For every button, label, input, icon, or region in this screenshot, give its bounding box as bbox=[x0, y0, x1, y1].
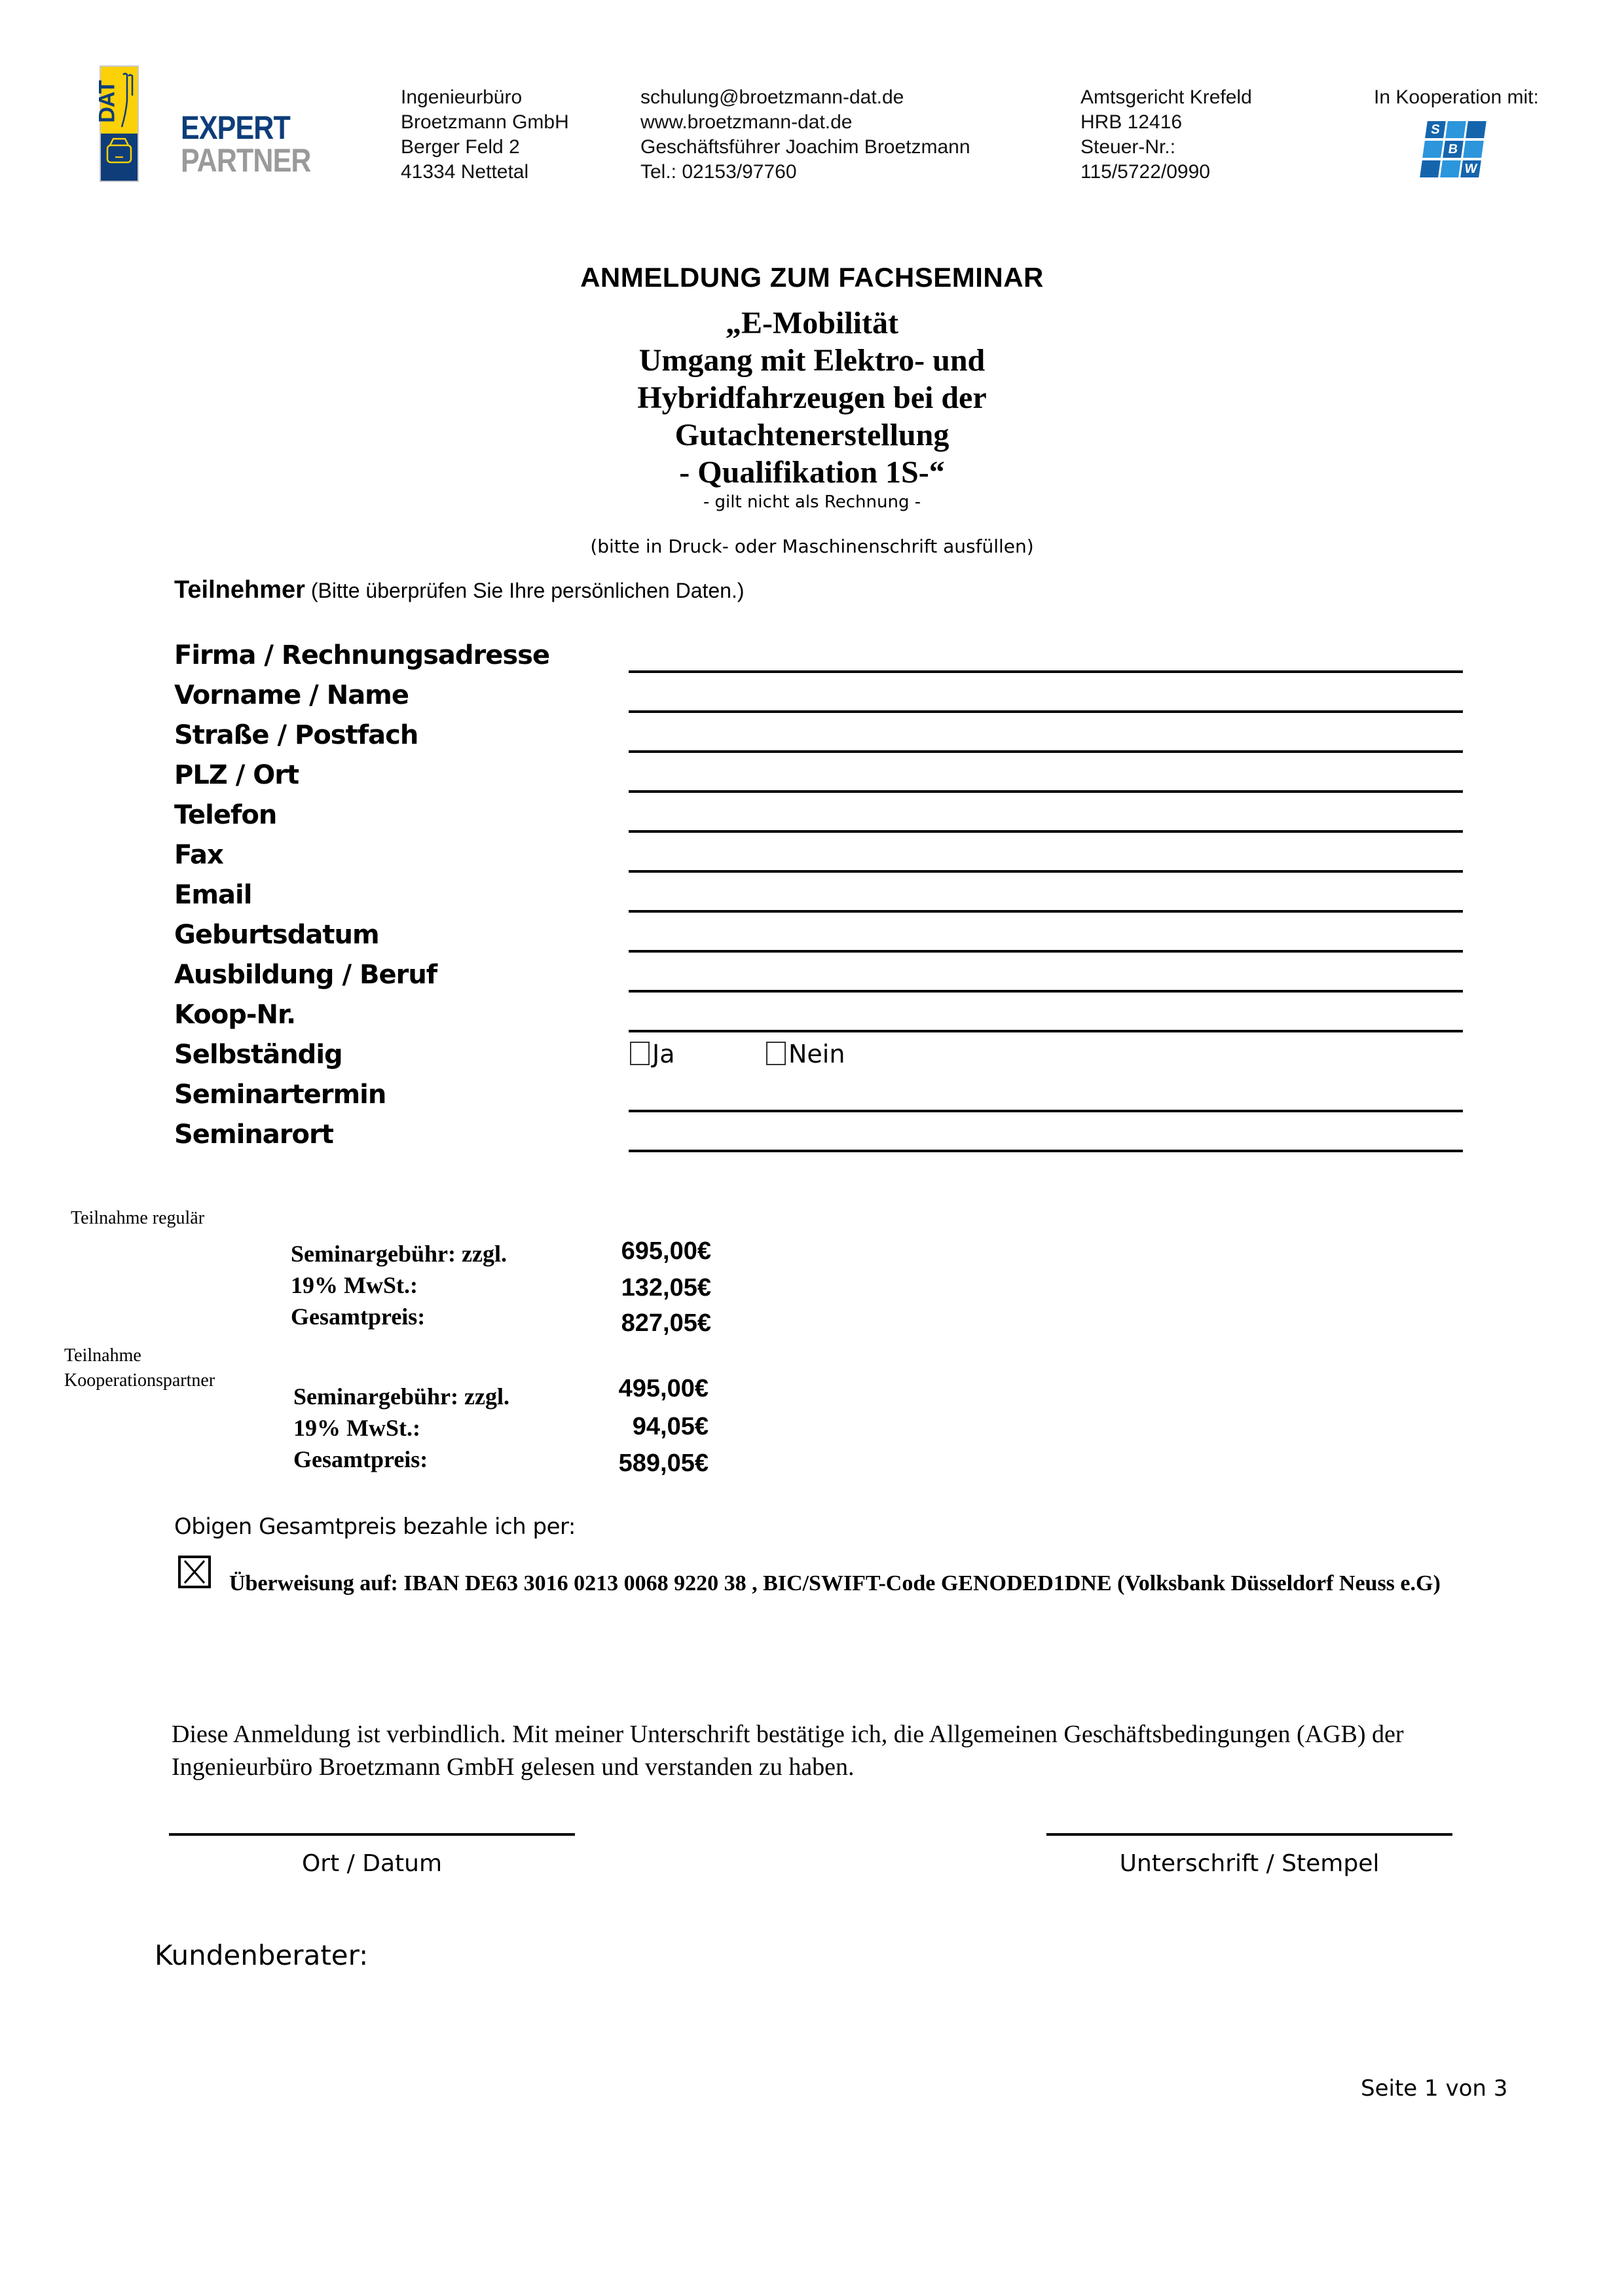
price-value: 589,05€ bbox=[551, 1449, 709, 1478]
form-row: Fax bbox=[174, 833, 1484, 873]
checkbox-label: Nein bbox=[788, 1040, 845, 1068]
participant-hint: (Bitte überprüfen Sie Ihre persönlichen … bbox=[311, 579, 745, 602]
field-input-line[interactable] bbox=[629, 1030, 1463, 1032]
checkbox-icon[interactable] bbox=[766, 1042, 786, 1065]
dat-badge-icon: DAT bbox=[100, 65, 139, 182]
field-input-line[interactable] bbox=[629, 710, 1463, 713]
price-label: Seminargebühr: zzgl. bbox=[293, 1383, 509, 1410]
price-label: Gesamtpreis: bbox=[293, 1446, 428, 1473]
website-link[interactable]: www.broetzmann-dat.de bbox=[640, 110, 970, 135]
form-row: Geburtsdatum bbox=[174, 913, 1484, 953]
field-input-line[interactable] bbox=[629, 1150, 1463, 1152]
field-label: Email bbox=[174, 880, 251, 910]
checkbox-ja[interactable]: Ja bbox=[630, 1040, 675, 1068]
form-row: Seminartermin bbox=[174, 1073, 1484, 1112]
field-label: Fax bbox=[174, 840, 223, 870]
price-label: Gesamtpreis: bbox=[291, 1303, 425, 1330]
form-row: PLZ / Ort bbox=[174, 754, 1484, 793]
price-value: 827,05€ bbox=[554, 1309, 711, 1338]
form-row: Ausbildung / Beruf bbox=[174, 953, 1484, 993]
field-label: Koop-Nr. bbox=[174, 1000, 295, 1030]
company-registry: Amtsgericht Krefeld HRB 12416 Steuer-Nr.… bbox=[1080, 85, 1252, 185]
company-address: Ingenieurbüro Broetzmann GmbH Berger Fel… bbox=[401, 85, 569, 185]
form-row: Seminarort bbox=[174, 1113, 1484, 1152]
bank-transfer-details: Überweisung auf: IBAN DE63 3016 0213 006… bbox=[229, 1571, 1441, 1596]
field-input-line[interactable] bbox=[629, 910, 1463, 913]
form-title: ANMELDUNG ZUM FACHSEMINAR bbox=[0, 262, 1624, 293]
field-label: Seminarort bbox=[174, 1120, 333, 1150]
field-input-line[interactable] bbox=[629, 830, 1463, 833]
customer-advisor-label: Kundenberater: bbox=[155, 1939, 368, 1971]
price-value: 132,05€ bbox=[554, 1274, 711, 1302]
signature-label: Unterschrift / Stempel bbox=[1046, 1850, 1452, 1877]
field-label: Ausbildung / Beruf bbox=[174, 960, 437, 990]
invoice-note: - gilt nicht als Rechnung - bbox=[0, 492, 1624, 512]
price-group-label: TeilnahmeKooperationspartner bbox=[64, 1343, 215, 1393]
price-value: 94,05€ bbox=[551, 1413, 709, 1441]
field-input-line[interactable] bbox=[629, 750, 1463, 753]
sbw-logo-icon: S B W bbox=[1420, 121, 1485, 181]
field-input-line[interactable] bbox=[629, 670, 1463, 673]
price-value: 695,00€ bbox=[554, 1237, 711, 1266]
bank-transfer-checkbox[interactable] bbox=[178, 1556, 211, 1588]
payment-intro: Obigen Gesamtpreis bezahle ich per: bbox=[174, 1514, 576, 1540]
form-row: Email bbox=[174, 873, 1484, 913]
field-label: Telefon bbox=[174, 800, 276, 830]
checkbox-icon[interactable] bbox=[630, 1042, 650, 1065]
field-label: Selbständig bbox=[174, 1040, 342, 1070]
signature-field[interactable] bbox=[1046, 1833, 1452, 1836]
place-date-label: Ort / Datum bbox=[169, 1850, 575, 1877]
fill-instruction: (bitte in Druck- oder Maschinenschrift a… bbox=[0, 536, 1624, 557]
form-row: Firma / Rechnungsadresse bbox=[174, 634, 1484, 673]
field-label: Vorname / Name bbox=[174, 680, 409, 710]
page-number: Seite 1 von 3 bbox=[1361, 2075, 1507, 2102]
field-label: PLZ / Ort bbox=[174, 760, 299, 790]
self-employed-row: SelbständigJaNein bbox=[174, 1033, 1484, 1072]
field-input-line[interactable] bbox=[629, 790, 1463, 793]
checkbox-label: Ja bbox=[652, 1040, 675, 1068]
seminar-title: „E-Mobilität Umgang mit Elektro- und Hyb… bbox=[0, 304, 1624, 491]
field-input-line[interactable] bbox=[629, 870, 1463, 873]
field-label: Straße / Postfach bbox=[174, 720, 418, 750]
checkmark-x-icon bbox=[181, 1558, 208, 1586]
price-group-label: Teilnahme regulär bbox=[71, 1206, 204, 1231]
field-label: Geburtsdatum bbox=[174, 920, 379, 950]
price-label: 19% MwSt.: bbox=[291, 1271, 418, 1299]
terms-agreement: Diese Anmeldung ist verbindlich. Mit mei… bbox=[172, 1718, 1481, 1783]
price-label: 19% MwSt.: bbox=[293, 1414, 420, 1442]
form-row: Telefon bbox=[174, 793, 1484, 833]
field-input-line[interactable] bbox=[629, 1110, 1463, 1112]
cooperation-label: In Kooperation mit: bbox=[1374, 85, 1539, 110]
participant-heading: Teilnehmer (Bitte überprüfen Sie Ihre pe… bbox=[174, 576, 745, 604]
email-link[interactable]: schulung@broetzmann-dat.de bbox=[640, 85, 970, 110]
field-label: Seminartermin bbox=[174, 1080, 386, 1110]
field-label: Firma / Rechnungsadresse bbox=[174, 640, 549, 670]
price-label: Seminargebühr: zzgl. bbox=[291, 1240, 507, 1267]
logo-wordmark: EXPERT PARTNER bbox=[181, 111, 311, 177]
form-row: Straße / Postfach bbox=[174, 714, 1484, 753]
field-input-line[interactable] bbox=[629, 950, 1463, 953]
company-contact: schulung@broetzmann-dat.de www.broetzman… bbox=[640, 85, 970, 185]
form-row: Koop-Nr. bbox=[174, 993, 1484, 1032]
place-date-field[interactable] bbox=[169, 1833, 575, 1836]
checkbox-nein[interactable]: Nein bbox=[766, 1040, 845, 1068]
price-value: 495,00€ bbox=[551, 1375, 709, 1403]
car-hand-icon bbox=[101, 67, 138, 179]
form-row: Vorname / Name bbox=[174, 674, 1484, 713]
field-input-line[interactable] bbox=[629, 990, 1463, 993]
dat-expert-partner-logo: DAT EXPERT PARTNER bbox=[100, 65, 322, 182]
